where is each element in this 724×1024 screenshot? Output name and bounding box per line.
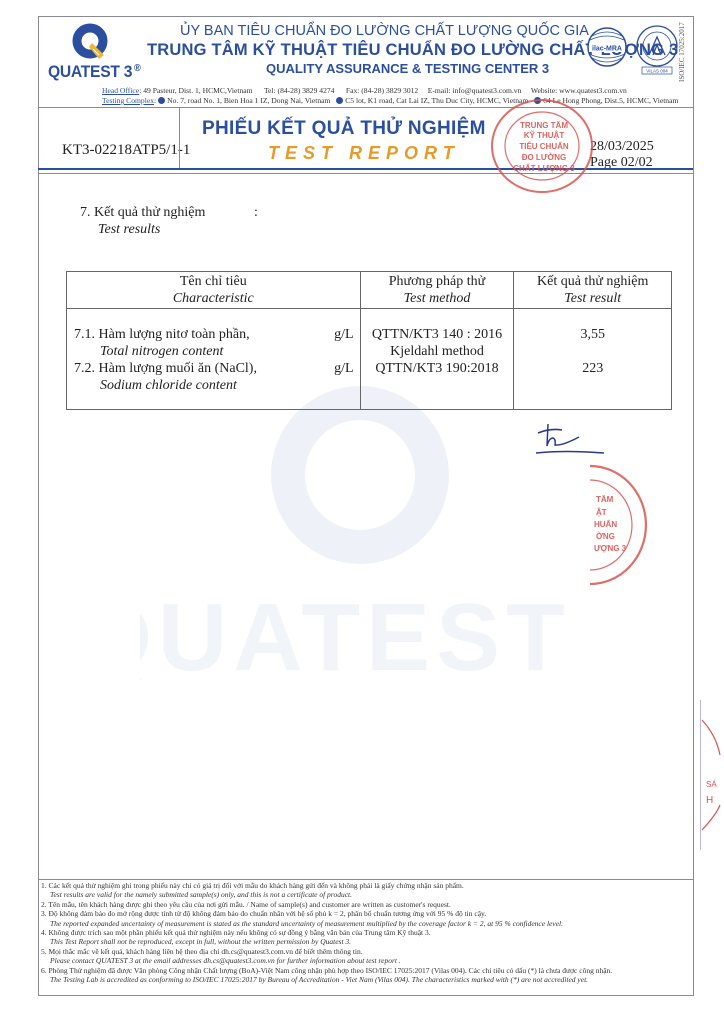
iso-label: ISO/IEC 17025:2017 (678, 22, 690, 82)
notes-divider (38, 879, 693, 880)
characteristic-en-2: Sodium chloride content (100, 377, 360, 394)
note-1: 1. Các kết quả thử nghiệm ghi trong phiế… (41, 881, 691, 900)
result-2: 223 (514, 360, 671, 377)
website-link[interactable]: Website: www.quatest3.com.vn (531, 86, 627, 95)
boa-accreditation-logo: VILAS 004 (634, 24, 680, 76)
bullet-icon (158, 97, 165, 104)
report-title-vn: PHIẾU KẾT QUẢ THỬ NGHIỆM (202, 118, 486, 140)
unit-1: g/L (334, 326, 353, 343)
characteristic-en-1: Total nitrogen content (100, 343, 360, 360)
svg-text:ilac-MRA: ilac-MRA (592, 46, 622, 53)
report-title-en: TEST REPORT (268, 143, 460, 164)
title-underline-2 (38, 173, 693, 174)
table-row: 7.2. Hàm lượng muối ăn (NaCl), (74, 360, 360, 377)
email-link[interactable]: E-mail: info@quatest3.com.vn (428, 86, 522, 95)
footer-notes: 1. Các kết quả thử nghiệm ghi trong phiế… (41, 881, 691, 984)
center-name-en: QUALITY ASSURANCE & TESTING CENTER 3 (266, 61, 549, 76)
report-date: 28/03/2025 (590, 139, 654, 155)
note-2: 2. Tên mẫu, tên khách hàng được ghi theo… (41, 900, 691, 909)
bullet-icon (534, 97, 541, 104)
section-title: 7. Kết quả thử nghiệm (80, 205, 205, 221)
header-test-method: Phương pháp thửTest method (360, 272, 514, 309)
unit-2: g/L (334, 360, 353, 377)
edge-stamp-fragment: SÁ H (700, 715, 724, 835)
characteristic-cell: 7.1. Hàm lượng nitơ toàn phần, g/L Total… (67, 309, 361, 410)
title-divider-left (179, 108, 180, 168)
agency-name: ỦY BAN TIÊU CHUẨN ĐO LƯỜNG CHẤT LƯỢNG QU… (180, 23, 589, 39)
method-1: QTTN/KT3 140 : 2016 (361, 326, 514, 343)
method-note-1: Kjeldahl method (361, 343, 514, 360)
quatest-logo: QUATEST 3® (48, 20, 152, 84)
table-row: 7.1. Hàm lượng nitơ toàn phần, (74, 326, 360, 343)
header-divider (38, 107, 693, 108)
svg-text:SÁ: SÁ (706, 780, 717, 789)
header-characteristic: Tên chỉ tiêuCharacteristic (67, 272, 361, 309)
table-header-row: Tên chỉ tiêuCharacteristic Phương pháp t… (67, 272, 672, 309)
result-cell: 3,55 223 (514, 309, 672, 410)
note-3: 3. Độ không đảm bảo đo mở rộng được tính… (41, 909, 691, 928)
svg-text:VILAS 004: VILAS 004 (646, 69, 668, 74)
edge-line (700, 700, 701, 850)
logo-wordmark: QUATEST 3® (48, 62, 140, 82)
bullet-icon (336, 97, 343, 104)
header-test-result: Kết quả thử nghiệmTest result (514, 272, 672, 309)
signature (534, 420, 614, 460)
testing-complex-line: Testing Complex:No. 7, road No. 1, Bien … (102, 96, 678, 105)
quatest-ring-icon (70, 22, 110, 62)
svg-text:H: H (706, 795, 713, 806)
ilac-mra-logo: ilac-MRA (586, 26, 628, 68)
section-colon: : (254, 205, 258, 221)
report-number: KT3-02218ATP5/1-1 (62, 142, 190, 159)
section-subtitle: Test results (98, 222, 160, 238)
note-6: 6. Phòng Thử nghiệm đã được Văn phòng Cô… (41, 966, 691, 985)
result-1: 3,55 (514, 326, 671, 343)
method-cell: QTTN/KT3 140 : 2016 Kjeldahl method QTTN… (360, 309, 514, 410)
title-underline (38, 168, 693, 170)
note-4: 4. Không được trích sao một phần phiếu k… (41, 928, 691, 947)
method-2: QTTN/KT3 190:2018 (361, 360, 514, 377)
head-office-line: Head Office: 49 Pasteur, Dist. 1, HCMC,V… (102, 86, 627, 95)
note-5: 5. Mọi thắc mắc về kết quả, khách hàng l… (41, 947, 691, 966)
table-body-row: 7.1. Hàm lượng nitơ toàn phần, g/L Total… (67, 309, 672, 410)
results-table: Tên chỉ tiêuCharacteristic Phương pháp t… (66, 271, 672, 410)
